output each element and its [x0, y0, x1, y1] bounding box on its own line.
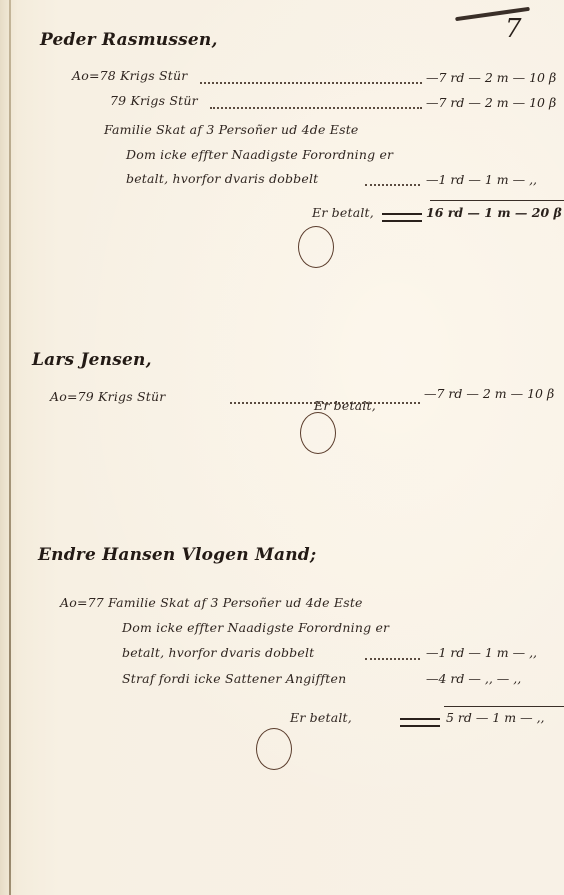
page-number: 7 [505, 14, 522, 44]
entry-1-amount-2: —7 rd — 2 m — 10 β [426, 95, 556, 110]
entry-3-line-1: Ao=77 Familie Skat af 3 Persoñer ud 4de … [60, 595, 363, 610]
entry-1-total-amount: 16 rd — 1 m — 20 β [426, 205, 562, 220]
entry-1-name: Peder Rasmussen, [40, 30, 218, 50]
entry-1-line-3: Familie Skat af 3 Persoñer ud 4de Este [104, 122, 359, 137]
entry-3-line-3: betalt, hvorfor dvaris dobbelt [122, 645, 314, 660]
paraph-flourish [300, 412, 336, 454]
entry-3-amount-3: —1 rd — 1 m — ,, [426, 645, 537, 660]
entry-3-total-amount: 5 rd — 1 m — ,, [446, 710, 545, 725]
entry-1-total-label: Er betalt, [312, 205, 374, 220]
entry-3-name: Endre Hansen Vlogen Mand; [38, 545, 316, 565]
leader-dots [210, 107, 422, 109]
paraph-flourish [256, 728, 292, 770]
page-binding-edge [9, 0, 11, 895]
total-rule [444, 706, 564, 707]
entry-2-line-1: Ao=79 Krigs Stür [50, 389, 165, 404]
entry-2-amount-1: —7 rd — 2 m — 10 β [424, 386, 554, 401]
paraph-flourish [298, 226, 334, 268]
entry-3-line-2: Dom icke effter Naadigste Forordning er [122, 620, 389, 635]
leader-dots [365, 184, 420, 186]
entry-1-amount-5: —1 rd — 1 m — ,, [426, 172, 537, 187]
entry-3-line-4: Straf fordi icke Sattener Angifften [122, 671, 346, 686]
leader-dots [200, 82, 422, 84]
double-rule [382, 213, 422, 222]
entry-2-total-label: Er betalt, [314, 398, 376, 413]
entry-3-amount-4: —4 rd — ,, — ,, [426, 671, 521, 686]
double-rule [400, 718, 440, 727]
entry-1-line-2: 79 Krigs Stür [110, 93, 198, 108]
entry-1-line-1: Ao=78 Krigs Stür [72, 68, 187, 83]
entry-1-line-5: betalt, hvorfor dvaris dobbelt [126, 171, 318, 186]
ledger-page: 7 Peder Rasmussen, Ao=78 Krigs Stür —7 r… [0, 0, 564, 895]
entry-2-name: Lars Jensen, [32, 350, 152, 370]
entry-1-line-4: Dom icke effter Naadigste Forordning er [126, 147, 393, 162]
entry-3-total-label: Er betalt, [290, 710, 352, 725]
total-rule [430, 200, 564, 201]
leader-dots [365, 658, 420, 660]
entry-1-amount-1: —7 rd — 2 m — 10 β [426, 70, 556, 85]
